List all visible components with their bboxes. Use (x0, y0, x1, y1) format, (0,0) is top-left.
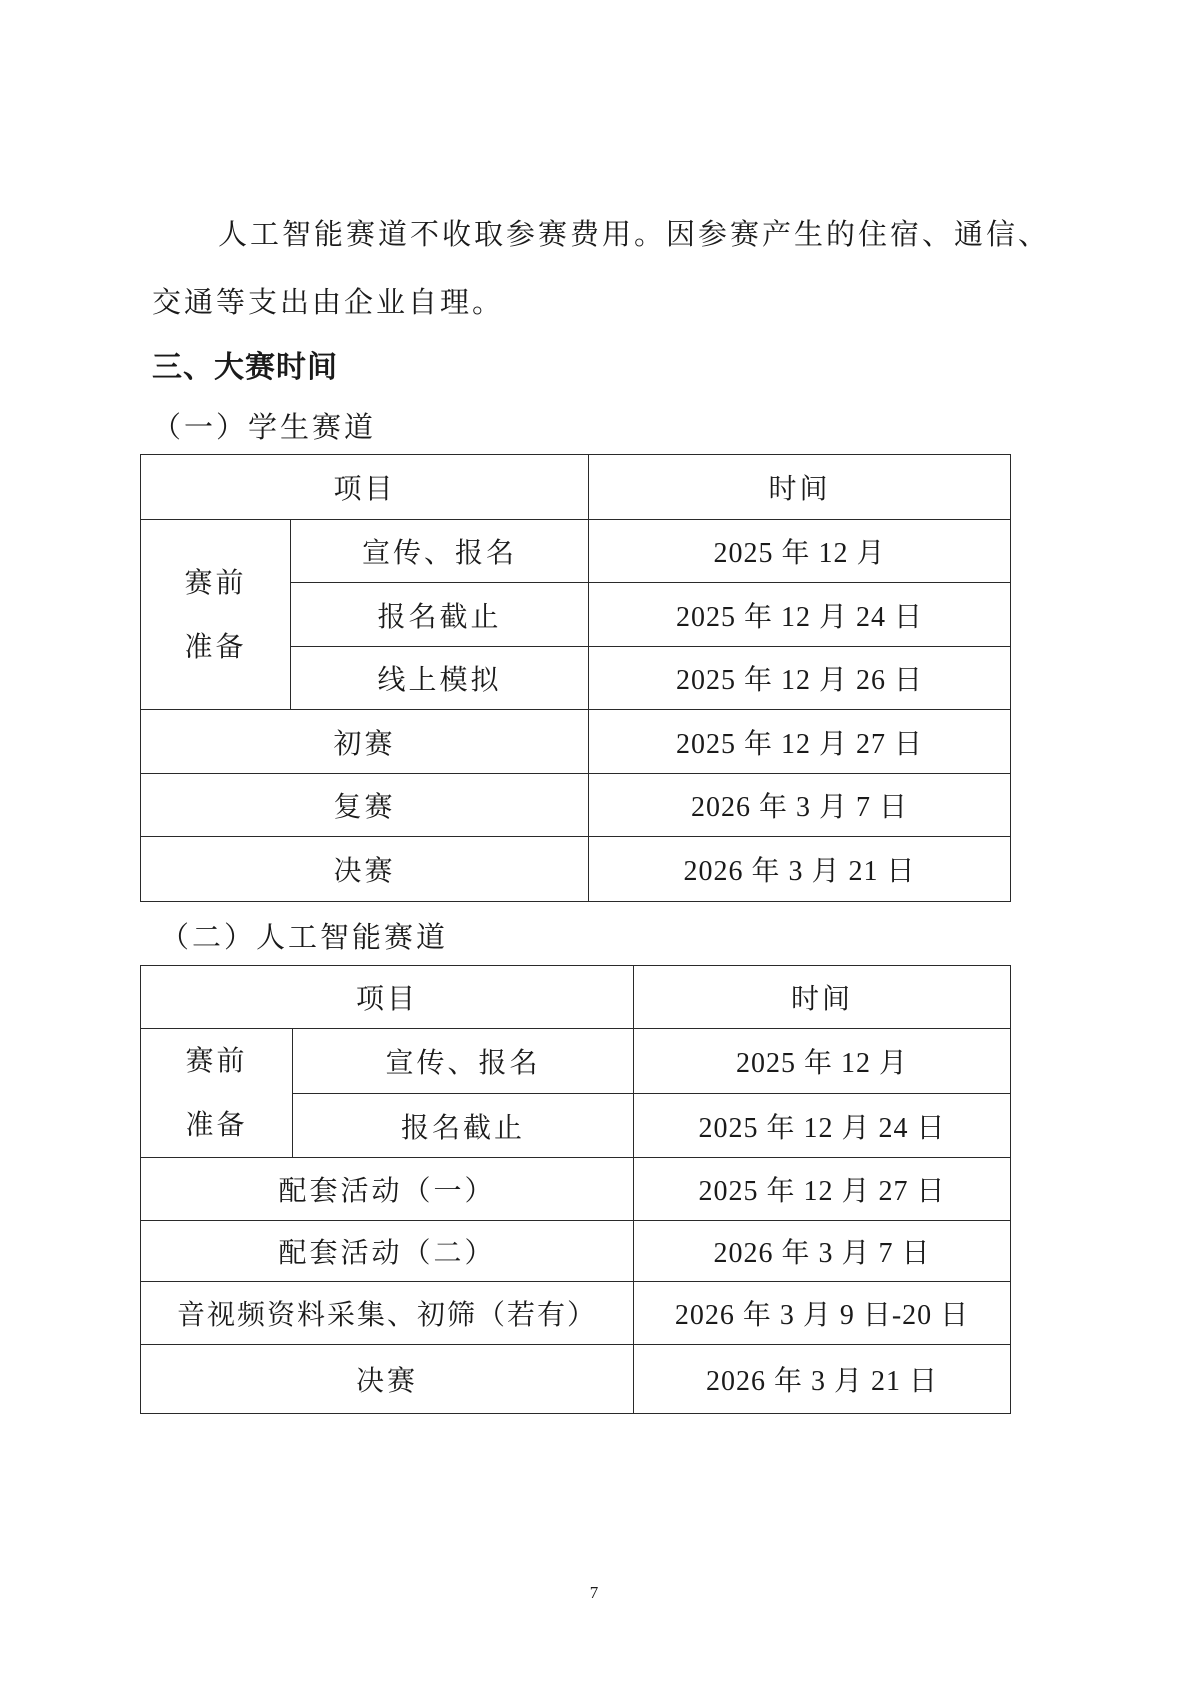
row-item: 配套活动（二） (141, 1221, 634, 1282)
group-label-line-2: 准备 (141, 1093, 292, 1157)
table-row: 决赛 2026 年 3 月 21 日 (141, 1345, 1011, 1414)
header-time: 时间 (634, 966, 1011, 1029)
row-item: 宣传、报名 (293, 1029, 634, 1094)
row-item: 决赛 (141, 837, 589, 902)
row-time: 2025 年 12 月 27 日 (634, 1158, 1011, 1221)
row-item: 配套活动（一） (141, 1158, 634, 1221)
ai-track-schedule-table: 项目 时间 赛前 准备 宣传、报名 2025 年 12 月 报名截止 2025 … (140, 965, 1011, 1414)
ai-track-heading: （二）人工智能赛道 (160, 915, 448, 956)
table-row: 赛前 准备 宣传、报名 2025 年 12 月 (141, 1029, 1011, 1094)
row-item: 报名截止 (293, 1094, 634, 1158)
row-item: 初赛 (141, 710, 589, 774)
row-time: 2025 年 12 月 (589, 520, 1011, 583)
table-header-row: 项目 时间 (141, 966, 1011, 1029)
student-track-schedule-table: 项目 时间 赛前 准备 宣传、报名 2025 年 12 月 报名截止 2025 … (140, 454, 1011, 902)
group-label-line-2: 准备 (141, 615, 290, 679)
row-time: 2026 年 3 月 9 日-20 日 (634, 1282, 1011, 1345)
row-time: 2025 年 12 月 24 日 (634, 1094, 1011, 1158)
row-item: 音视频资料采集、初筛（若有） (141, 1282, 634, 1345)
table-row: 赛前 准备 宣传、报名 2025 年 12 月 (141, 520, 1011, 583)
header-time: 时间 (589, 455, 1011, 520)
table-row: 决赛 2026 年 3 月 21 日 (141, 837, 1011, 902)
group-label-pre-competition: 赛前 准备 (141, 520, 291, 710)
table-row: 音视频资料采集、初筛（若有） 2026 年 3 月 9 日-20 日 (141, 1282, 1011, 1345)
row-time: 2026 年 3 月 21 日 (589, 837, 1011, 902)
row-item: 报名截止 (291, 583, 589, 647)
section-title: 三、大赛时间 (152, 342, 338, 386)
group-label-line-1: 赛前 (141, 551, 290, 615)
table-row: 配套活动（二） 2026 年 3 月 7 日 (141, 1221, 1011, 1282)
row-item: 宣传、报名 (291, 520, 589, 583)
row-item: 线上模拟 (291, 647, 589, 710)
row-time: 2026 年 3 月 7 日 (589, 774, 1011, 837)
row-time: 2025 年 12 月 (634, 1029, 1011, 1094)
row-item: 复赛 (141, 774, 589, 837)
table-row: 配套活动（一） 2025 年 12 月 27 日 (141, 1158, 1011, 1221)
header-item: 项目 (141, 966, 634, 1029)
row-time: 2025 年 12 月 27 日 (589, 710, 1011, 774)
table-row: 初赛 2025 年 12 月 27 日 (141, 710, 1011, 774)
table-header-row: 项目 时间 (141, 455, 1011, 520)
header-item: 项目 (141, 455, 589, 520)
row-time: 2025 年 12 月 26 日 (589, 647, 1011, 710)
page-number: 7 (0, 1583, 1188, 1603)
body-paragraph-line-2: 交通等支出由企业自理。 (152, 280, 504, 321)
table-row: 复赛 2026 年 3 月 7 日 (141, 774, 1011, 837)
row-item: 决赛 (141, 1345, 634, 1414)
group-label-line-1: 赛前 (141, 1029, 292, 1093)
row-time: 2026 年 3 月 7 日 (634, 1221, 1011, 1282)
row-time: 2026 年 3 月 21 日 (634, 1345, 1011, 1414)
student-track-heading: （一）学生赛道 (152, 405, 376, 446)
body-paragraph-line-1: 人工智能赛道不收取参赛费用。因参赛产生的住宿、通信、 (218, 212, 1050, 253)
row-time: 2025 年 12 月 24 日 (589, 583, 1011, 647)
group-label-pre-competition: 赛前 准备 (141, 1029, 293, 1158)
